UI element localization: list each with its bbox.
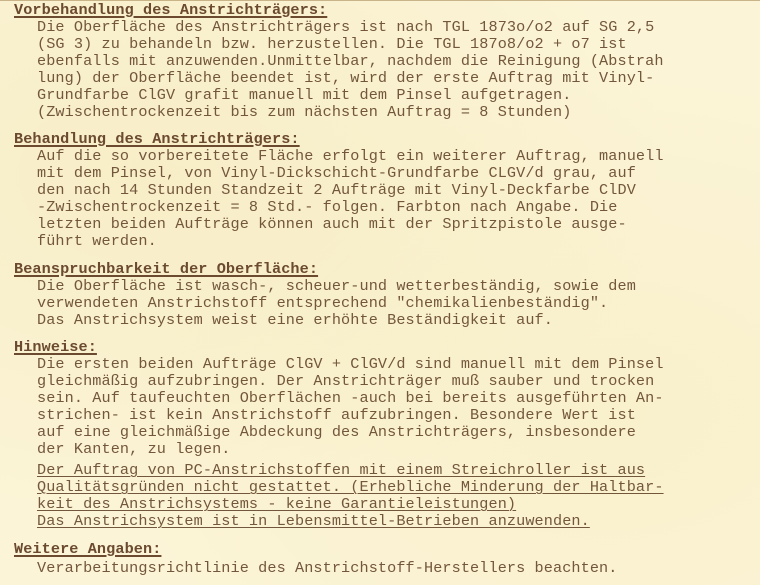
underlined-line: Der Auftrag von PC-Anstrichstoffen mit e…: [37, 462, 645, 479]
heading-vorbehandlung: Vorbehandlung des Anstrichträgers:: [14, 2, 327, 19]
paragraph-line: ebenfalls mit anzuwenden.Unmittelbar, na…: [37, 53, 664, 70]
paragraph-line: führt werden.: [37, 233, 157, 250]
paragraph-line: Die ersten beiden Aufträge ClGV + ClGV/d…: [37, 356, 664, 373]
paragraph-line: Die Oberfläche ist wasch-, scheuer-und w…: [37, 278, 636, 295]
paragraph-line: Verarbeitungsrichtlinie des Anstrichstof…: [37, 560, 617, 577]
paragraph-line: Grundfarbe ClGV grafit manuell mit dem P…: [37, 87, 571, 104]
paragraph-line: letzten beiden Aufträge können auch mit …: [37, 216, 627, 233]
underlined-line: keit des Anstrichsystems - keine Garanti…: [37, 496, 516, 513]
paragraph-line: mit dem Pinsel, von Vinyl-Dickschicht-Gr…: [37, 165, 636, 182]
underlined-line: Qualitätsgründen nicht gestattet. (Erheb…: [37, 479, 664, 496]
paragraph-line: auf eine gleichmäßige Abdeckung des Anst…: [37, 424, 636, 441]
underlined-line: Das Anstrichsystem ist in Lebensmittel-B…: [37, 513, 590, 530]
paragraph-line: gleichmäßig aufzubringen. Der Anstrichtr…: [37, 373, 654, 390]
heading-hinweise: Hinweise:: [14, 339, 97, 356]
paragraph-line: verwendeten Anstrichstoff entsprechend "…: [37, 295, 608, 312]
paragraph-line: Die Oberfläche des Anstrichträgers ist n…: [37, 19, 654, 36]
paragraph-line: (SG 3) zu behandeln bzw. herzustellen. D…: [37, 36, 627, 53]
heading-beanspruchbarkeit: Beanspruchbarkeit der Oberfläche:: [14, 261, 318, 278]
paragraph-line: sein. Auf taufeuchten Oberflächen -auch …: [37, 390, 664, 407]
paragraph-line: Auf die so vorbereitete Fläche erfolgt e…: [37, 148, 664, 165]
paragraph-line: lung) der Oberfläche beendet ist, wird d…: [37, 70, 654, 87]
paragraph-line: der Kanten, zu legen.: [37, 441, 231, 458]
paragraph-line: Das Anstrichsystem weist eine erhöhte Be…: [37, 312, 553, 329]
heading-weitere-angaben: Weitere Angaben:: [14, 541, 161, 558]
paragraph-line: -Zwischentrockenzeit = 8 Std.- folgen. F…: [37, 199, 617, 216]
paragraph-line: den nach 14 Stunden Standzeit 2 Aufträge…: [37, 182, 636, 199]
paragraph-line: strichen- ist kein Anstrichstoff aufzubr…: [37, 407, 636, 424]
typewritten-document: Vorbehandlung des Anstrichträgers: Die O…: [0, 0, 760, 585]
paragraph-line: (Zwischentrockenzeit bis zum nächsten Au…: [37, 104, 571, 121]
heading-behandlung: Behandlung des Anstrichträgers:: [14, 131, 300, 148]
